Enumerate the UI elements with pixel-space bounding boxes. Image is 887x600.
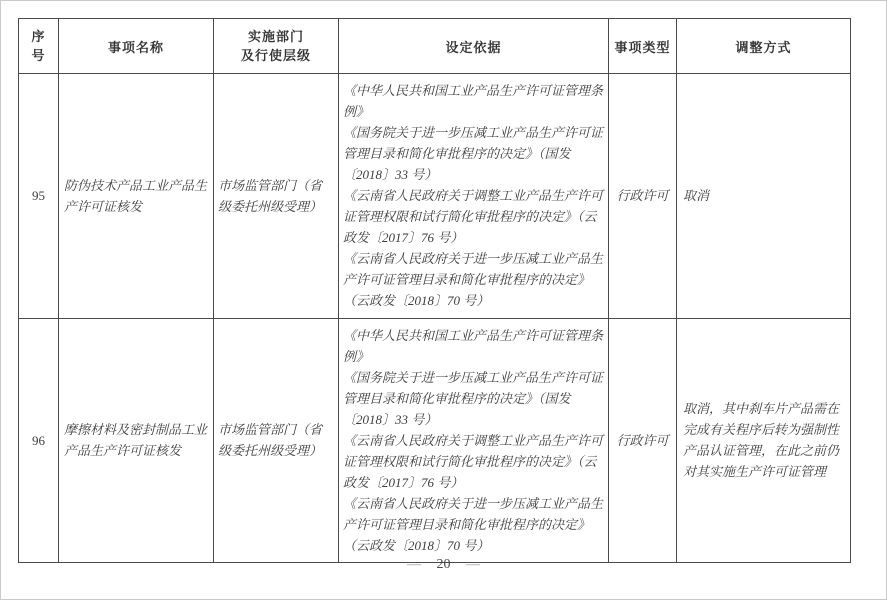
- footer-page-number: 20: [437, 557, 451, 572]
- cell-legal-basis: 《中华人民共和国工业产品生产许可证管理条例》 《国务院关于进一步压减工业产品生产…: [339, 74, 609, 319]
- col-header-item-type: 事项类型: [609, 19, 677, 74]
- legal-basis-item: 《中华人民共和国工业产品生产许可证管理条例》: [343, 325, 604, 367]
- cell-department: 市场监管部门（省级委托州级受理）: [214, 74, 339, 319]
- items-table: 序 号 事项名称 实施部门 及行使层级 设定依据 事项类型 调整方式 95 防伪…: [18, 18, 851, 563]
- legal-basis-item: 《国务院关于进一步压减工业产品生产许可证管理目录和简化审批程序的决定》（国发〔2…: [343, 367, 604, 430]
- table-row: 95 防伪技术产品工业产品生产许可证核发 市场监管部门（省级委托州级受理） 《中…: [19, 74, 851, 319]
- cell-item-type: 行政许可: [609, 74, 677, 319]
- col-header-seq-line1: 序: [21, 27, 56, 47]
- cell-legal-basis: 《中华人民共和国工业产品生产许可证管理条例》 《国务院关于进一步压减工业产品生产…: [339, 318, 609, 563]
- col-header-department-line1: 实施部门: [216, 27, 336, 47]
- table-row: 96 摩擦材料及密封制品工业产品生产许可证核发 市场监管部门（省级委托州级受理）…: [19, 318, 851, 563]
- col-header-legal-basis: 设定依据: [339, 19, 609, 74]
- document-page: 序 号 事项名称 实施部门 及行使层级 设定依据 事项类型 调整方式 95 防伪…: [0, 0, 887, 600]
- table-header-row: 序 号 事项名称 实施部门 及行使层级 设定依据 事项类型 调整方式: [19, 19, 851, 74]
- col-header-department-line2: 及行使层级: [216, 46, 336, 66]
- legal-basis-item: 《中华人民共和国工业产品生产许可证管理条例》: [343, 80, 604, 122]
- col-header-seq: 序 号: [19, 19, 59, 74]
- cell-seq-number: 96: [19, 318, 59, 563]
- col-header-department: 实施部门 及行使层级: [214, 19, 339, 74]
- legal-basis-item: 《云南省人民政府关于进一步压减工业产品生产许可证管理目录和简化审批程序的决定》（…: [343, 493, 604, 556]
- legal-basis-item: 《云南省人民政府关于调整工业产品生产许可证管理权限和试行简化审批程序的决定》（云…: [343, 185, 604, 248]
- legal-basis-item: 《云南省人民政府关于进一步压减工业产品生产许可证管理目录和简化审批程序的决定》（…: [343, 248, 604, 311]
- cell-adjust-method: 取消: [677, 74, 851, 319]
- footer-dash-right: —: [466, 557, 480, 572]
- col-header-item-name: 事项名称: [59, 19, 214, 74]
- legal-basis-item: 《国务院关于进一步压减工业产品生产许可证管理目录和简化审批程序的决定》（国发〔2…: [343, 122, 604, 185]
- cell-seq-number: 95: [19, 74, 59, 319]
- cell-item-name: 防伪技术产品工业产品生产许可证核发: [59, 74, 214, 319]
- page-footer: — 20 —: [1, 557, 886, 573]
- cell-department: 市场监管部门（省级委托州级受理）: [214, 318, 339, 563]
- col-header-seq-line2: 号: [21, 46, 56, 66]
- legal-basis-item: 《云南省人民政府关于调整工业产品生产许可证管理权限和试行简化审批程序的决定》（云…: [343, 430, 604, 493]
- footer-dash-left: —: [407, 557, 421, 572]
- cell-item-type: 行政许可: [609, 318, 677, 563]
- col-header-adjust-method: 调整方式: [677, 19, 851, 74]
- cell-adjust-method: 取消，其中刹车片产品需在完成有关程序后转为强制性产品认证管理，在此之前仍对其实施…: [677, 318, 851, 563]
- cell-item-name: 摩擦材料及密封制品工业产品生产许可证核发: [59, 318, 214, 563]
